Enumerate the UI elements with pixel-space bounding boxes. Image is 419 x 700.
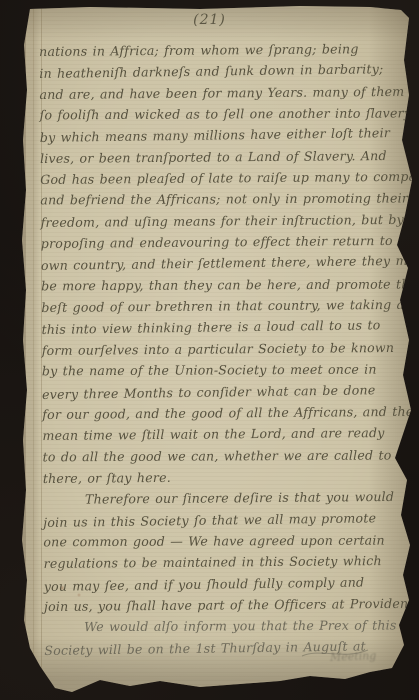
manuscript-page: (21) nations in Affrica; from whom we ſp… <box>0 0 419 700</box>
manuscript-line: We would alſo inform you that the Prex o… <box>44 615 416 638</box>
faint-pencil-annotation: Meeting <box>330 649 377 664</box>
manuscript-line: be more happy, than they can be here, an… <box>41 273 413 296</box>
manuscript-line: every three Months to conſider what can … <box>42 378 414 405</box>
paper-fold-crease <box>33 8 34 670</box>
manuscript-body: nations in Affrica; from whom we ſprang;… <box>39 38 416 660</box>
manuscript-line: by the name of the Union-Society to meet… <box>42 359 414 382</box>
manuscript-line: form ourſelves into a particular Society… <box>42 337 414 362</box>
manuscript-line: mean time we ſtill wait on the Lord, and… <box>42 422 414 447</box>
manuscript-line: one common good — We have agreed upon ce… <box>43 529 415 552</box>
manuscript-line: and are, and have been for many Years. m… <box>39 80 411 105</box>
scan-background: (21) nations in Affrica; from whom we ſp… <box>0 0 419 700</box>
page-number: (21) <box>0 12 419 28</box>
manuscript-line: to do all the good we can, whether we ar… <box>43 444 415 467</box>
manuscript-line: and befriend the Affricans; not only in … <box>40 188 412 211</box>
